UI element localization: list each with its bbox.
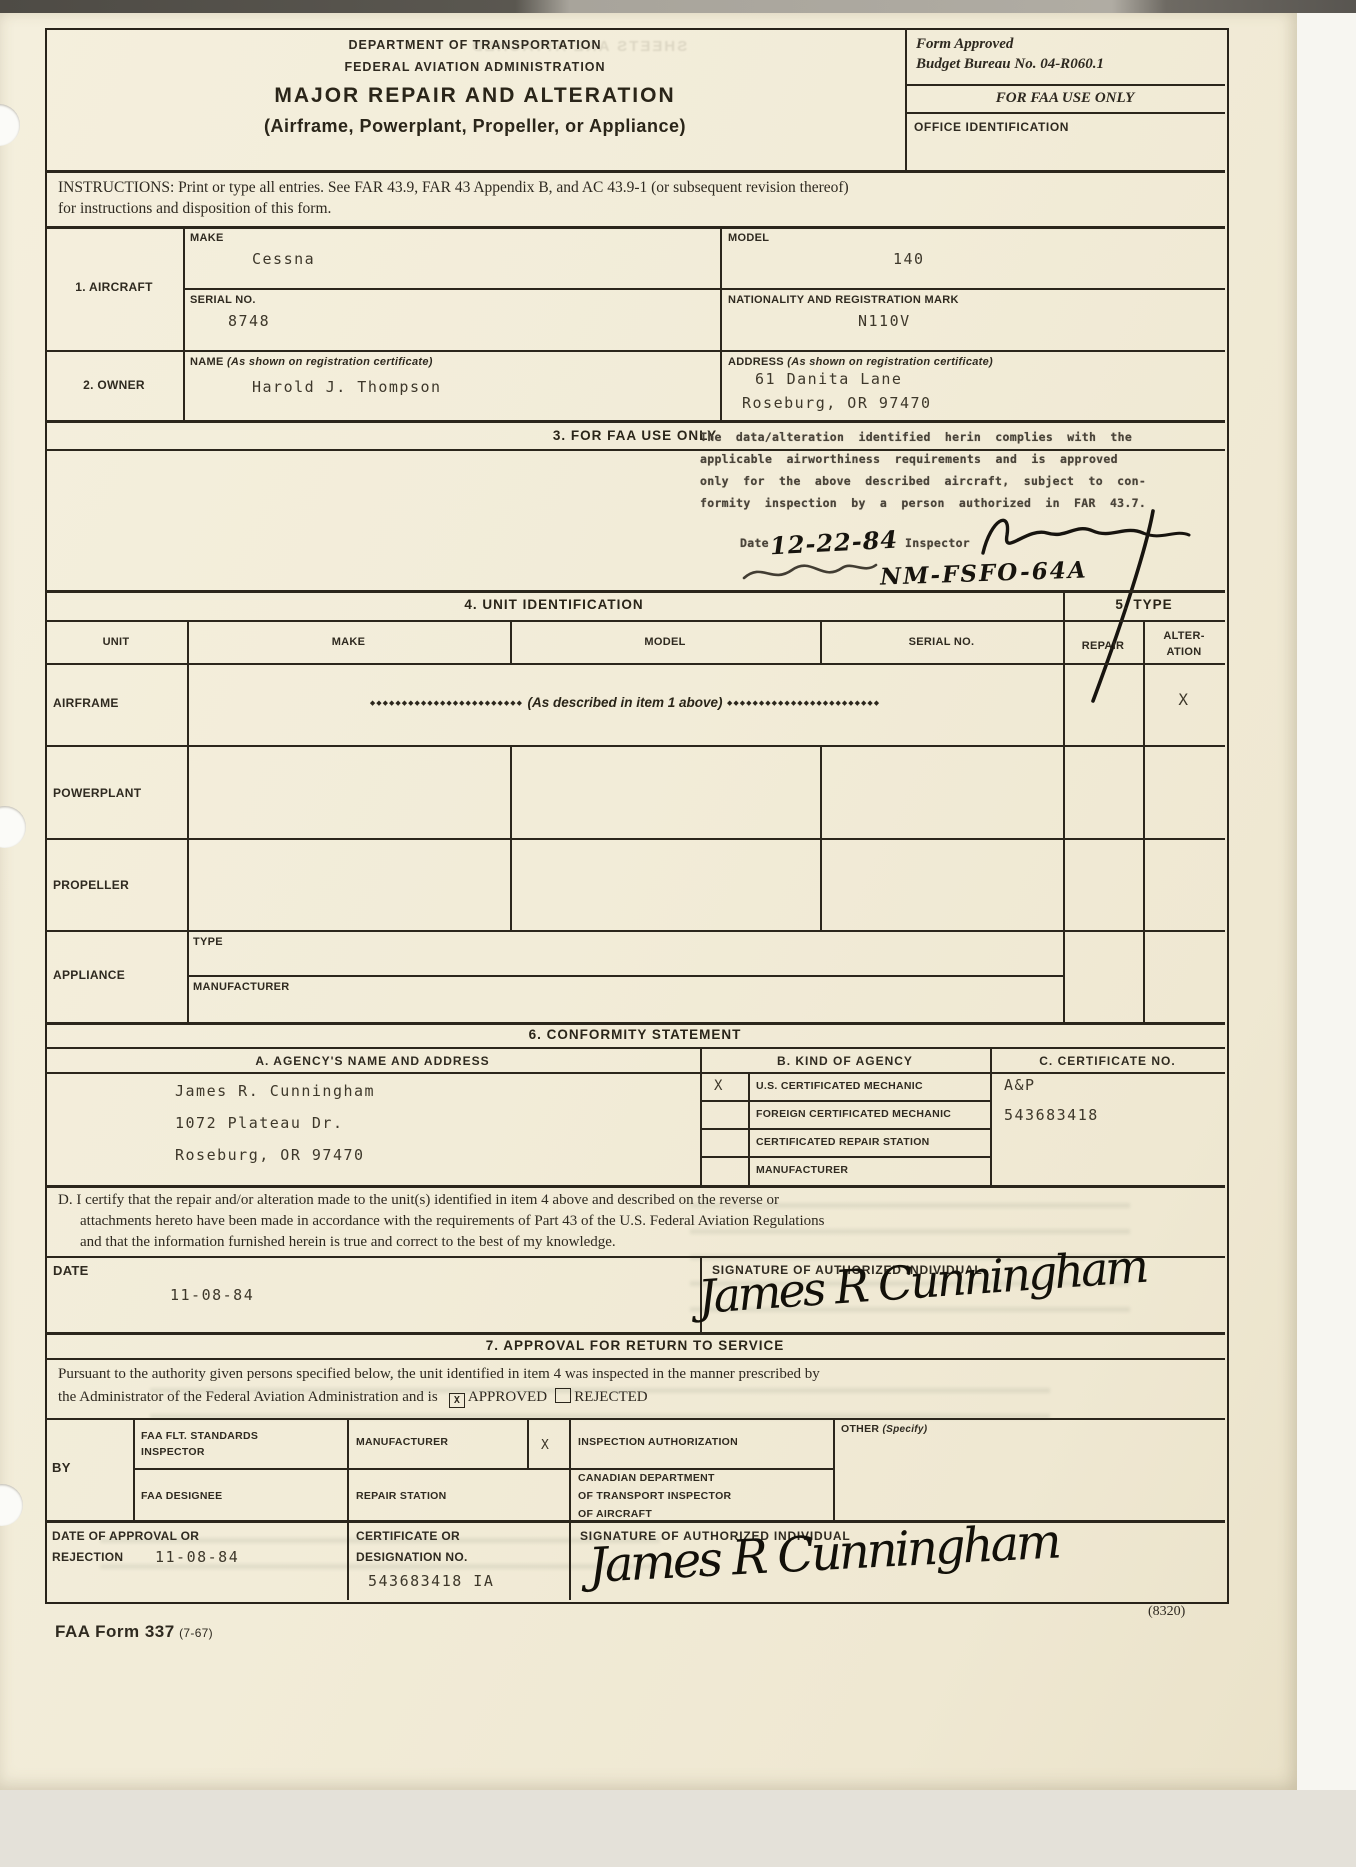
- row-propeller: PROPELLER: [53, 878, 129, 892]
- section-rule: [45, 420, 1225, 423]
- owner-address-label: ADDRESS: [728, 356, 784, 368]
- table-rule: [700, 1100, 990, 1102]
- table-rule: [45, 745, 1225, 747]
- airframe-alteration-mark: X: [1143, 690, 1225, 709]
- form-subtitle: (Airframe, Powerplant, Propeller, or App…: [45, 116, 905, 137]
- table-col-line: [990, 1047, 992, 1185]
- date-label: DATE: [53, 1263, 89, 1278]
- col-model: MODEL: [510, 636, 820, 648]
- stamp-date-label: Date: [740, 536, 769, 550]
- approval-title: 7. APPROVAL FOR RETURN TO SERVICE: [45, 1338, 1225, 1353]
- serial-value: 8748: [228, 312, 270, 330]
- diamond-leader-right: ◆◆◆◆◆◆◆◆◆◆◆◆◆◆◆◆◆◆◆◆◆◆◆◆: [727, 700, 880, 707]
- table-rule: [45, 1418, 1225, 1420]
- table-col-line: [187, 620, 189, 1022]
- instructions-line1: INSTRUCTIONS: Print or type all entries.…: [58, 179, 849, 197]
- model-value: 140: [893, 250, 925, 268]
- canadian-dept-1: CANADIAN DEPARTMENT: [578, 1472, 715, 1484]
- section-rule: [45, 1185, 1225, 1188]
- table-col-line: [569, 1520, 571, 1600]
- table-rule: [45, 620, 1225, 622]
- form-number: FAA Form 337: [55, 1622, 175, 1641]
- other-label: OTHER: [841, 1423, 879, 1435]
- col-repair: REPAIR: [1063, 640, 1143, 652]
- type-title: 5. TYPE: [1063, 597, 1225, 612]
- header-box-rule: [905, 112, 1225, 114]
- kind-us-mechanic: U.S. CERTIFICATED MECHANIC: [756, 1080, 923, 1092]
- airframe-description-row: ◆◆◆◆◆◆◆◆◆◆◆◆◆◆◆◆◆◆◆◆◆◆◆◆ (As described i…: [187, 694, 1063, 712]
- form-footer: FAA Form 337 (7-67): [55, 1622, 213, 1642]
- approved-checkbox: X: [449, 1393, 465, 1408]
- scanned-faa-form-337: SHEETS ARE ATTACHED DEPARTMENT OF TRANSP…: [0, 0, 1356, 1867]
- agency-name: James R. Cunningham: [175, 1082, 375, 1100]
- section-rule: [45, 1332, 1225, 1335]
- other-specify-cell: OTHER (Specify): [841, 1423, 927, 1435]
- aircraft-section-label: 1. AIRCRAFT: [45, 280, 183, 294]
- table-rule: [45, 838, 1225, 840]
- col-unit: UNIT: [45, 636, 187, 648]
- office-identification-label: OFFICE IDENTIFICATION: [914, 120, 1069, 134]
- table-col-line: [510, 620, 512, 663]
- handwritten-scribble: [740, 556, 880, 590]
- owner-name-note: (As shown on registration certificate): [227, 356, 433, 368]
- certificate-or-value: 543683418 IA: [368, 1572, 494, 1590]
- canadian-dept-3: OF AIRCRAFT: [578, 1508, 652, 1520]
- dept-of-transportation: DEPARTMENT OF TRANSPORTATION: [45, 38, 905, 52]
- table-rule: [187, 975, 1063, 977]
- table-col-line: [527, 1418, 529, 1468]
- date-approval-label1: DATE OF APPROVAL OR: [52, 1529, 199, 1543]
- section-rule: [45, 590, 1225, 593]
- conformity-col-b: B. KIND OF AGENCY: [700, 1054, 990, 1068]
- approval-line1: Pursuant to the authority given persons …: [58, 1366, 820, 1383]
- col-alteration-1: ALTER-: [1143, 630, 1225, 642]
- section-rule: [45, 170, 1225, 173]
- model-label: MODEL: [728, 232, 769, 244]
- diamond-leader-left: ◆◆◆◆◆◆◆◆◆◆◆◆◆◆◆◆◆◆◆◆◆◆◆◆: [370, 700, 523, 707]
- table-col-line: [347, 1520, 349, 1600]
- page-code: (8320): [1148, 1604, 1185, 1620]
- table-rule: [700, 1156, 990, 1158]
- owner-name-value: Harold J. Thompson: [252, 378, 442, 396]
- faa-designee: FAA DESIGNEE: [141, 1490, 222, 1502]
- certify-line1: D. I certify that the repair and/or alte…: [58, 1192, 779, 1209]
- owner-address-line2: Roseburg, OR 97470: [742, 394, 932, 412]
- col-serial: SERIAL NO.: [820, 636, 1063, 648]
- scanner-top-band: [0, 0, 1356, 13]
- table-rule: [45, 930, 1225, 932]
- faa-flt-standards-1: FAA FLT. STANDARDS: [141, 1430, 258, 1442]
- scanner-right-band: [1297, 13, 1356, 1793]
- other-note: (Specify): [882, 1424, 927, 1435]
- make-value: Cessna: [252, 250, 315, 268]
- agency-address1: 1072 Plateau Dr.: [175, 1114, 344, 1132]
- conformity-title: 6. CONFORMITY STATEMENT: [45, 1027, 1225, 1042]
- certificate-number: 543683418: [1004, 1106, 1099, 1124]
- kind-repair-station: CERTIFICATED REPAIR STATION: [756, 1136, 930, 1148]
- instructions-line2: for instructions and disposition of this…: [58, 200, 331, 218]
- rejected-label: REJECTED: [574, 1389, 647, 1405]
- row-rule: [183, 288, 1225, 290]
- row-appliance: APPLIANCE: [53, 968, 125, 982]
- unit-identification-title: 4. UNIT IDENTIFICATION: [45, 597, 1063, 612]
- label-col-divider: [183, 226, 185, 420]
- certificate-or-label1: CERTIFICATE OR: [356, 1529, 460, 1543]
- conformity-col-a: A. AGENCY'S NAME AND ADDRESS: [45, 1054, 700, 1068]
- owner-name-label: NAME: [190, 356, 224, 368]
- budget-bureau-number: Budget Bureau No. 04-R060.1: [916, 56, 1104, 73]
- table-col-line: [700, 1047, 702, 1185]
- serial-label: SERIAL NO.: [190, 294, 256, 306]
- section-rule: [45, 449, 1225, 451]
- federal-aviation-administration: FEDERAL AVIATION ADMINISTRATION: [45, 60, 905, 74]
- table-rule: [45, 663, 1225, 665]
- appliance-type-label: TYPE: [193, 936, 223, 948]
- by-label: BY: [52, 1460, 71, 1475]
- conformity-col-c: C. CERTIFICATE NO.: [990, 1054, 1225, 1068]
- table-col-line: [1143, 620, 1145, 1022]
- form-approved-label: Form Approved: [916, 36, 1013, 53]
- table-rule: [45, 1072, 1225, 1074]
- approval-line2: the Administrator of the Federal Aviatio…: [58, 1389, 438, 1405]
- registration-label: NATIONALITY AND REGISTRATION MARK: [728, 294, 959, 306]
- rejected-checkbox: [555, 1388, 571, 1403]
- date-approval-label2: REJECTION: [52, 1550, 123, 1564]
- stamp-line1: The data/alteration identified herin com…: [700, 430, 1132, 444]
- kind-us-mechanic-mark: X: [714, 1078, 724, 1094]
- table-rule: [700, 1128, 990, 1130]
- certificate-type: A&P: [1004, 1076, 1036, 1094]
- section-rule: [45, 226, 1225, 229]
- certificate-or-label2: DESIGNATION NO.: [356, 1550, 468, 1564]
- col-make: MAKE: [187, 636, 510, 648]
- stamp-line3: only for the above described aircraft, s…: [700, 474, 1146, 488]
- kind-foreign-mechanic: FOREIGN CERTIFICATED MECHANIC: [756, 1108, 951, 1120]
- registration-value: N110V: [858, 312, 911, 330]
- inspection-auth-mark: X: [541, 1438, 550, 1453]
- make-label: MAKE: [190, 232, 224, 244]
- owner-section-label: 2. OWNER: [45, 378, 183, 392]
- table-col-line: [833, 1418, 835, 1520]
- owner-address-note: (As shown on registration certificate): [787, 356, 993, 368]
- agency-address2: Roseburg, OR 97470: [175, 1146, 365, 1164]
- by-manufacturer: MANUFACTURER: [356, 1436, 448, 1448]
- appliance-manufacturer-label: MANUFACTURER: [193, 981, 289, 993]
- section-rule: [45, 1022, 1225, 1025]
- airframe-description: (As described in item 1 above): [527, 695, 722, 710]
- stamp-line2: applicable airworthiness requirements an…: [700, 452, 1118, 466]
- row-rule: [45, 350, 1225, 352]
- table-col-line: [1063, 590, 1065, 1022]
- form-title: MAJOR REPAIR AND ALTERATION: [45, 84, 905, 108]
- header-box-rule: [905, 84, 1225, 86]
- row-airframe: AIRFRAME: [53, 696, 119, 710]
- table-col-line: [820, 620, 822, 663]
- owner-address-line1: 61 Danita Lane: [755, 370, 902, 388]
- repair-station: REPAIR STATION: [356, 1490, 447, 1502]
- section-rule: [45, 1358, 1225, 1360]
- for-faa-use-only-label: FOR FAA USE ONLY: [905, 90, 1225, 107]
- mid-col-divider: [720, 226, 722, 420]
- form-edition: (7-67): [179, 1626, 213, 1640]
- approval-line2-row: the Administrator of the Federal Aviatio…: [58, 1388, 648, 1408]
- stamp-inspector-label: Inspector: [905, 536, 970, 550]
- col-alteration-2: ATION: [1143, 646, 1225, 658]
- certify-line2: attachments hereto have been made in acc…: [80, 1213, 824, 1230]
- table-rule: [133, 1468, 833, 1470]
- inspection-authorization: INSPECTION AUTHORIZATION: [578, 1436, 738, 1448]
- canadian-dept-2: OF TRANSPORT INSPECTOR: [578, 1490, 731, 1502]
- date-value: 11-08-84: [170, 1286, 254, 1304]
- kind-manufacturer: MANUFACTURER: [756, 1164, 848, 1176]
- table-rule: [45, 1047, 1225, 1049]
- row-powerplant: POWERPLANT: [53, 786, 141, 800]
- scanner-bottom-band: [0, 1790, 1356, 1867]
- faa-flt-standards-2: INSPECTOR: [141, 1446, 205, 1458]
- certify-line3: and that the information furnished herei…: [80, 1234, 616, 1251]
- approved-label: APPROVED: [468, 1389, 547, 1405]
- date-approval-value: 11-08-84: [155, 1548, 239, 1566]
